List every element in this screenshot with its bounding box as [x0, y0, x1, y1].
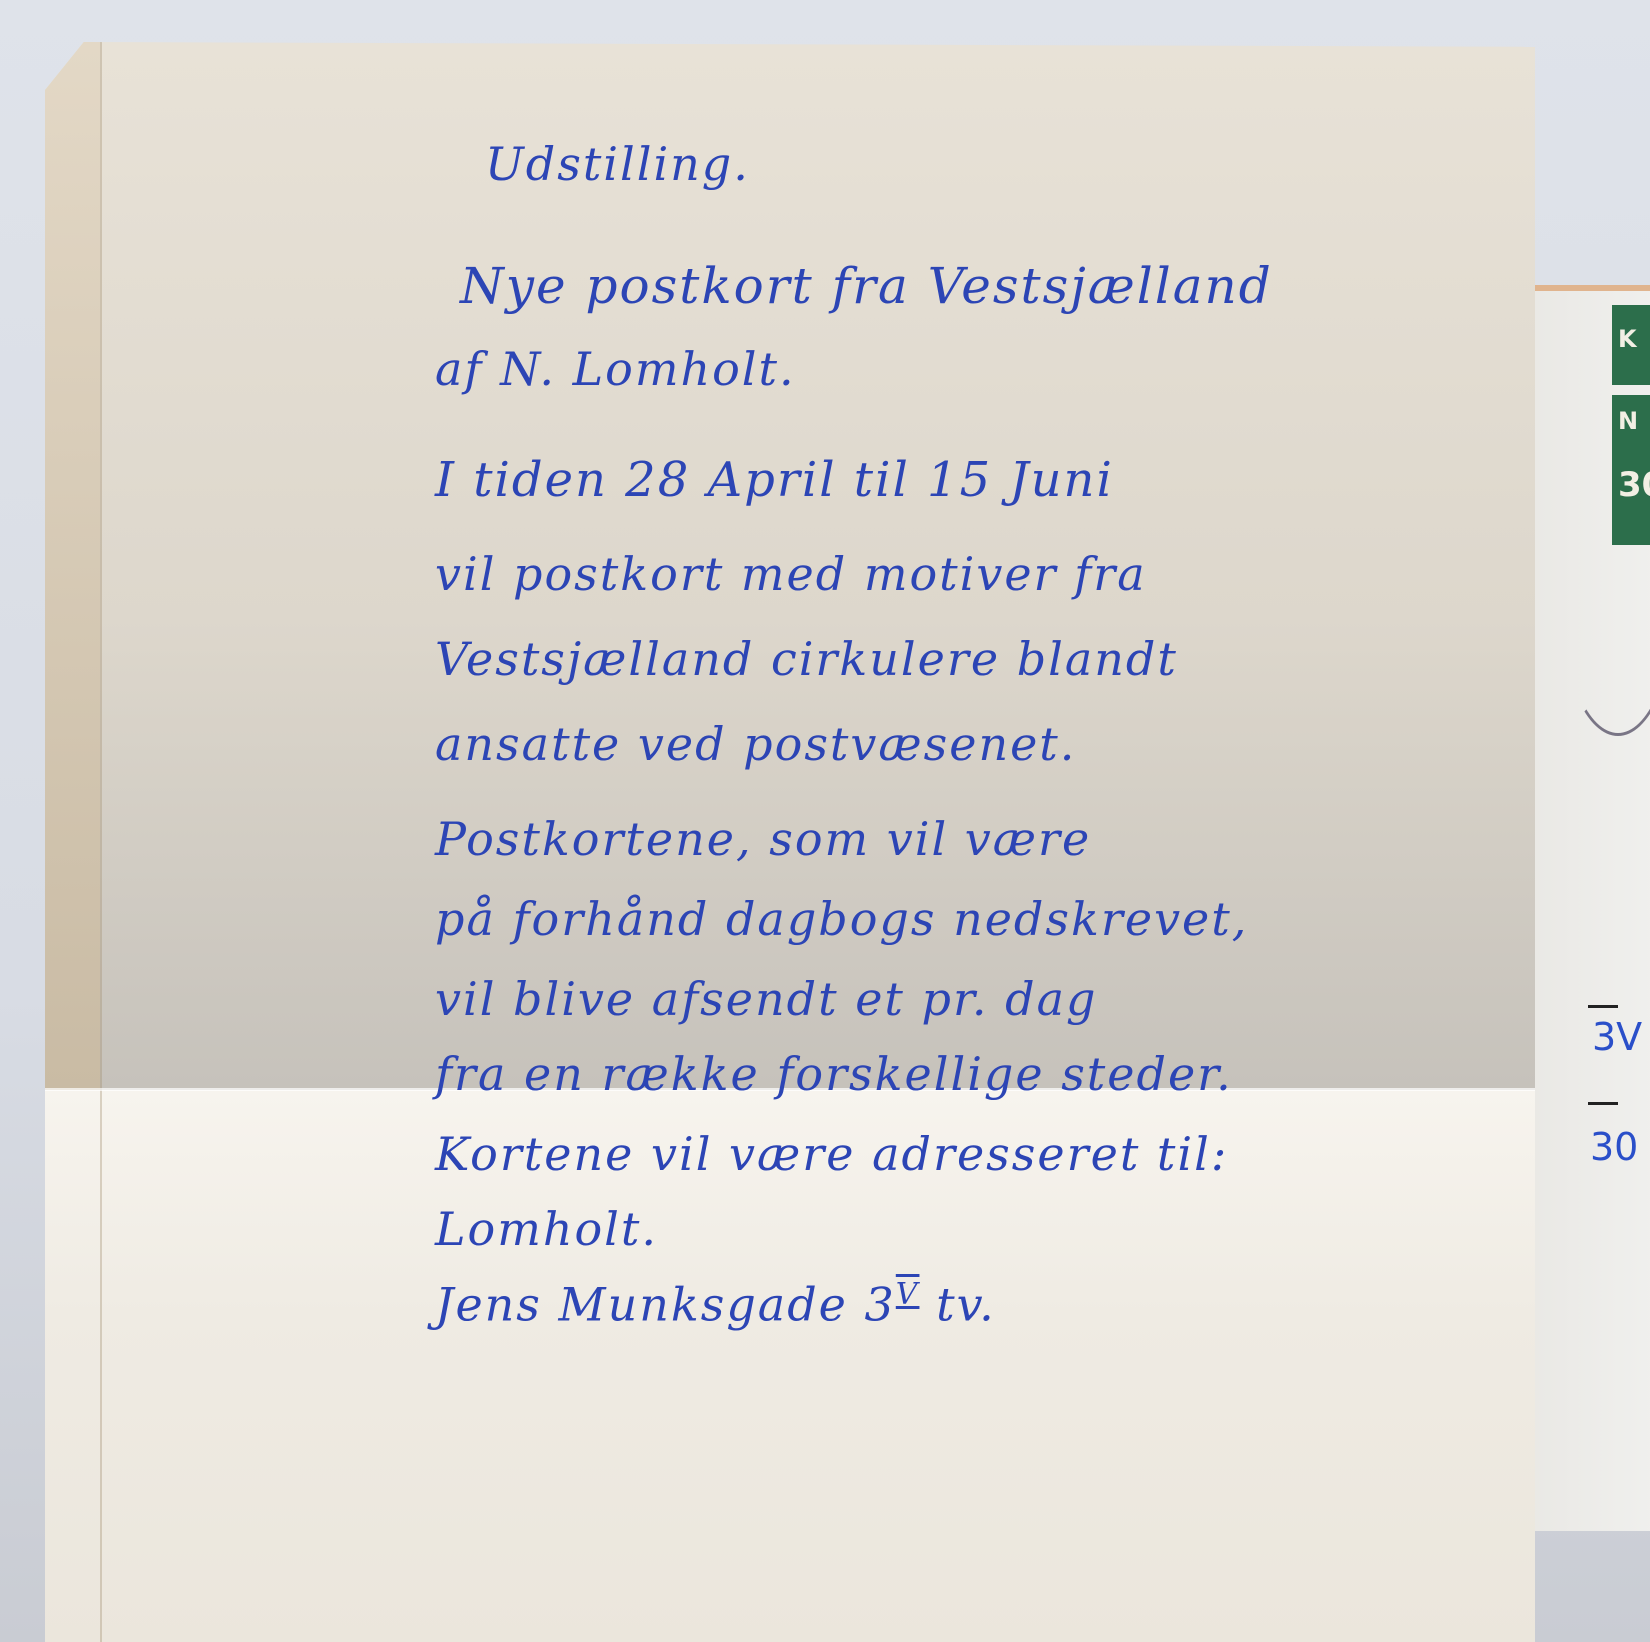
- postage-stamp-top: K: [1612, 305, 1650, 385]
- envelope-note: 30: [1590, 1125, 1638, 1169]
- stamp-text: N: [1618, 407, 1638, 435]
- address-suffix: tv.: [936, 1277, 996, 1331]
- letter-line: I tiden 28 April til 15 Juni: [435, 452, 1114, 508]
- folded-margin: [45, 42, 100, 1090]
- letter-line: fra en række forskellige steder.: [435, 1047, 1233, 1101]
- letter-line: på forhånd dagbogs nedskrevet,: [435, 892, 1248, 946]
- letter-title: Udstilling.: [485, 137, 750, 191]
- letter-line: vil blive afsendt et pr. dag: [435, 972, 1097, 1026]
- letter-address: Jens Munksgade 3V tv.: [435, 1277, 996, 1331]
- letter-line: Postkortene, som vil være: [435, 812, 1091, 866]
- letter-line: Kortene vil være adresseret til:: [435, 1127, 1228, 1181]
- letter-line: Vestsjælland cirkulere blandt: [435, 632, 1178, 686]
- margin-crease: [100, 42, 102, 1642]
- envelope-line: [1588, 1102, 1618, 1105]
- letter-line: af N. Lomholt.: [435, 342, 796, 396]
- letter-sheet: Udstilling. Nye postkort fra Vestsjællan…: [45, 42, 1535, 1642]
- address-street: Jens Munksgade 3: [435, 1277, 896, 1331]
- letter-line: vil postkort med motiver fra: [435, 547, 1147, 601]
- stamp-text: K: [1618, 325, 1637, 353]
- address-floor: V: [896, 1277, 920, 1312]
- letter-line: ansatte ved postvæsenet.: [435, 717, 1076, 771]
- letter-line: Nye postkort fra Vestsjælland: [460, 257, 1273, 315]
- envelope-note: 3V: [1592, 1015, 1642, 1059]
- letter-line: Lomholt.: [435, 1202, 658, 1256]
- envelope-line: [1588, 1005, 1618, 1008]
